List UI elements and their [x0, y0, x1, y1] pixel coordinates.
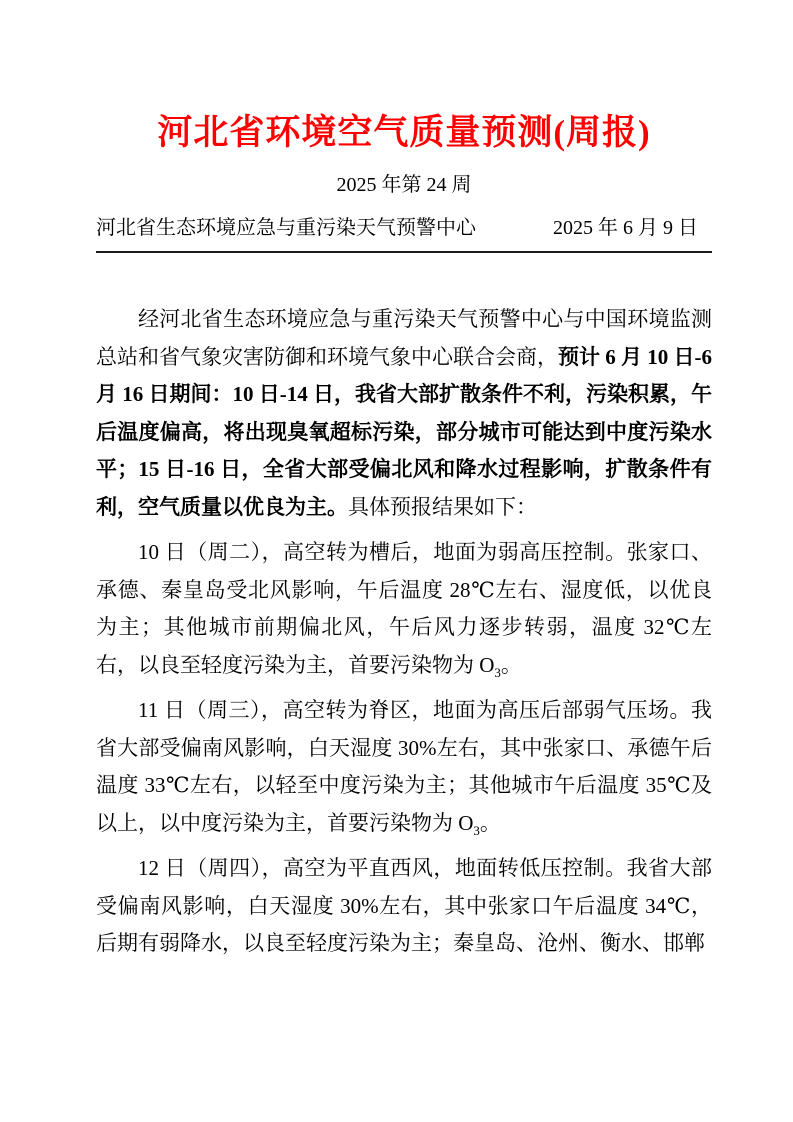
issue-date: 2025 年 6 月 9 日 [553, 216, 712, 240]
text-run: 。 [501, 653, 522, 677]
text-run: 10 日（周二），高空转为槽后，地面为弱高压控制。张家口、承德、秦皇岛受北风影响… [96, 540, 712, 677]
text-run: 具体预报结果如下： [348, 495, 537, 519]
document-page: 河北省环境空气质量预测(周报) 2025 年第 24 周 河北省生态环境应急与重… [0, 0, 793, 1122]
document-body: 经河北省生态环境应急与重污染天气预警中心与中国环境监测总站和省气象灾害防御和环境… [96, 301, 712, 963]
text-run: 预计 6 月 10 日-6 月 16 日期间：10 日-14 日，我省大部扩散条… [96, 345, 712, 519]
week-subtitle: 2025 年第 24 周 [96, 174, 712, 197]
document-title: 河北省环境空气质量预测(周报) [96, 112, 712, 154]
text-run: 11 日（周三），高空转为脊区，地面为高压后部弱气压场。我省大部受偏南风影响，白… [96, 698, 712, 835]
body-paragraph: 12 日（周四），高空为平直西风，地面转低压控制。我省大部受偏南风影响，白天湿度… [96, 850, 712, 963]
text-run: 。 [480, 811, 501, 835]
issuing-organization: 河北省生态环境应急与重污染天气预警中心 [96, 216, 476, 240]
body-paragraph: 经河北省生态环境应急与重污染天气预警中心与中国环境监测总站和省气象灾害防御和环境… [96, 301, 712, 526]
header-divider [96, 251, 712, 253]
body-paragraph: 10 日（周二），高空转为槽后，地面为弱高压控制。张家口、承德、秦皇岛受北风影响… [96, 534, 712, 684]
header-meta-row: 河北省生态环境应急与重污染天气预警中心 2025 年 6 月 9 日 [96, 216, 712, 240]
body-paragraph: 11 日（周三），高空转为脊区，地面为高压后部弱气压场。我省大部受偏南风影响，白… [96, 692, 712, 842]
text-run: 12 日（周四），高空为平直西风，地面转低压控制。我省大部受偏南风影响，白天湿度… [96, 856, 712, 955]
